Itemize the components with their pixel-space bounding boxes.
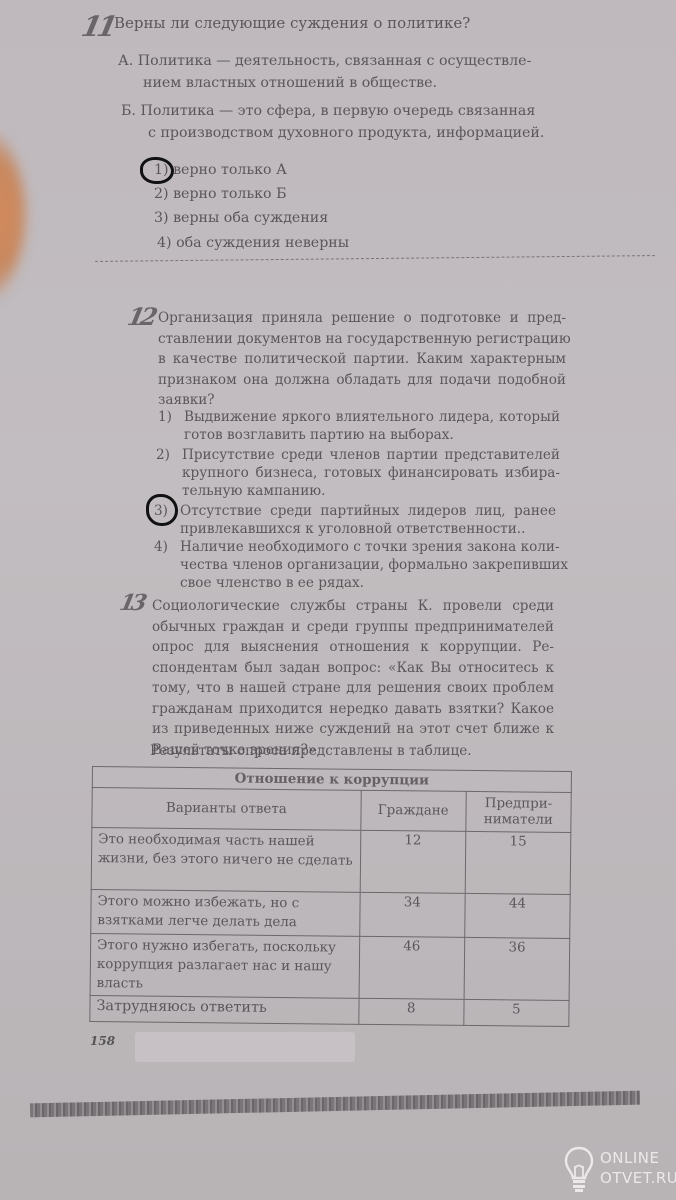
table-row: Этого можно избежать, но с взятками легч… xyxy=(91,889,570,938)
survey-table: Отношение к коррупции Варианты ответа Гр… xyxy=(89,766,572,1027)
table-row: Затрудняюсь ответить 8 5 xyxy=(90,995,569,1026)
option-line: Отсутствие среди партийных лидеров лиц, … xyxy=(180,502,556,520)
q12-text-line: признаком она должна обладать для подачи… xyxy=(158,370,566,391)
section-divider xyxy=(95,255,655,262)
option-line: тельную кампанию. xyxy=(182,482,560,500)
q11-option-3[interactable]: 3) верны оба суждения xyxy=(154,206,328,230)
option-number: 4) xyxy=(154,538,168,556)
table-intro: Результаты опроса представлены в таблице… xyxy=(150,740,472,762)
statement-a-line-1: А. Политика — деятельность, связанная с … xyxy=(118,50,531,72)
finger-edge xyxy=(0,130,25,300)
q12-text-line: ставлении документов на государственную … xyxy=(158,329,566,350)
answer-cell: Этого можно избежать, но с взятками легч… xyxy=(91,889,360,936)
option-number: 1) xyxy=(158,408,172,426)
watermark-line-2: OTVET.RU xyxy=(600,1168,676,1188)
answer-circle-mark xyxy=(140,157,174,184)
answer-cell: Это необходимая часть нашей жизни, без э… xyxy=(91,828,360,893)
q13-text-line: обычных граждан и среди группы предприни… xyxy=(152,617,554,638)
question-13-number: 13 xyxy=(117,590,145,616)
q13-text-line: гражданам приходится нередко давать взят… xyxy=(152,699,554,720)
statement-b-line-1: Б. Политика — это сфера, в первую очеред… xyxy=(121,100,535,122)
watermark: ONLINE OTVET.RU xyxy=(560,1142,670,1198)
lightbulb-icon xyxy=(564,1146,594,1194)
header-answers: Варианты ответа xyxy=(92,788,361,831)
q12-text-line: в качестве политической партии. Каким ха… xyxy=(158,349,566,370)
option-line: Выдвижение яркого влиятельного лидера, к… xyxy=(184,408,560,426)
q13-text-line: спондентам был задан вопрос: «Как Вы отн… xyxy=(152,658,554,679)
option-line: чества членов организации, формально зак… xyxy=(180,556,554,574)
statement-a-line-2: нием властных отношений в обществе. xyxy=(143,72,437,94)
watermark-text: ONLINE OTVET.RU xyxy=(600,1148,676,1188)
redacted-area xyxy=(135,1032,355,1062)
question-12-text: Организация приняла решение о подготовке… xyxy=(158,308,566,411)
citizens-cell: 12 xyxy=(360,830,466,893)
q12-option-2[interactable]: 2) Присутствие среди членов партии предс… xyxy=(182,446,560,500)
option-line: Наличие необходимого с точки зрения зако… xyxy=(180,538,554,556)
citizens-cell: 34 xyxy=(359,892,465,937)
question-11-title: Верны ли следующие суждения о политике? xyxy=(114,12,470,34)
statement-b-line-2: с производством духовного продукта, инфо… xyxy=(148,122,544,144)
answer-cell: Затрудняюсь ответить xyxy=(90,995,359,1024)
footer-print-strip xyxy=(30,1091,640,1118)
q12-option-3[interactable]: 3) Отсутствие среди партийных лидеров ли… xyxy=(180,502,556,538)
entrepreneurs-cell: 15 xyxy=(465,831,571,894)
q11-option-2[interactable]: 2) верно только Б xyxy=(154,182,287,206)
entrepreneurs-cell: 36 xyxy=(464,937,570,1000)
option-line: крупного бизнеса, готовых финансировать … xyxy=(182,464,560,482)
option-line: свое членство в ее рядах. xyxy=(180,574,554,592)
question-12-number: 12 xyxy=(125,302,157,331)
q12-text-line: Организация приняла решение о подготовке… xyxy=(158,308,566,329)
question-13-text: Социологические службы страны К. провели… xyxy=(152,596,554,760)
q13-text-line: опрос для выяснения отношения к коррупци… xyxy=(152,637,554,658)
table-row: Этого нужно избегать, поскольку коррупци… xyxy=(90,933,570,1000)
header-entrepreneurs: Предпри- ниматели xyxy=(466,791,572,832)
option-line: готов возглавить партию на выборах. xyxy=(184,426,560,444)
q11-option-4[interactable]: 4) оба суждения неверны xyxy=(157,231,349,255)
q13-text-line: Социологические службы страны К. провели… xyxy=(152,596,554,617)
page-number: 158 xyxy=(90,1034,115,1048)
option-line: привлекавшихся к уголовной ответственнос… xyxy=(180,520,556,538)
entrepreneurs-cell: 44 xyxy=(465,893,571,938)
entrepreneurs-cell: 5 xyxy=(464,999,569,1026)
option-line: Присутствие среди членов партии представ… xyxy=(182,446,560,464)
q12-option-1[interactable]: 1) Выдвижение яркого влиятельного лидера… xyxy=(184,408,560,444)
citizens-cell: 46 xyxy=(359,936,465,999)
table-row: Это необходимая часть нашей жизни, без э… xyxy=(91,828,571,895)
q13-text-line: из приведенных ниже суждений на этот сче… xyxy=(152,719,554,740)
question-11-number: 11 xyxy=(78,10,116,43)
q13-text-line: тому, что в нашей стране для решения сво… xyxy=(152,678,554,699)
option-number: 2) xyxy=(156,446,170,464)
citizens-cell: 8 xyxy=(358,998,463,1025)
answer-cell: Этого нужно избегать, поскольку коррупци… xyxy=(90,933,359,998)
q12-option-4[interactable]: 4) Наличие необходимого с точки зрения з… xyxy=(180,538,554,592)
header-citizens: Граждане xyxy=(360,790,466,831)
watermark-line-1: ONLINE xyxy=(600,1148,676,1168)
answer-circle-mark xyxy=(146,494,178,526)
